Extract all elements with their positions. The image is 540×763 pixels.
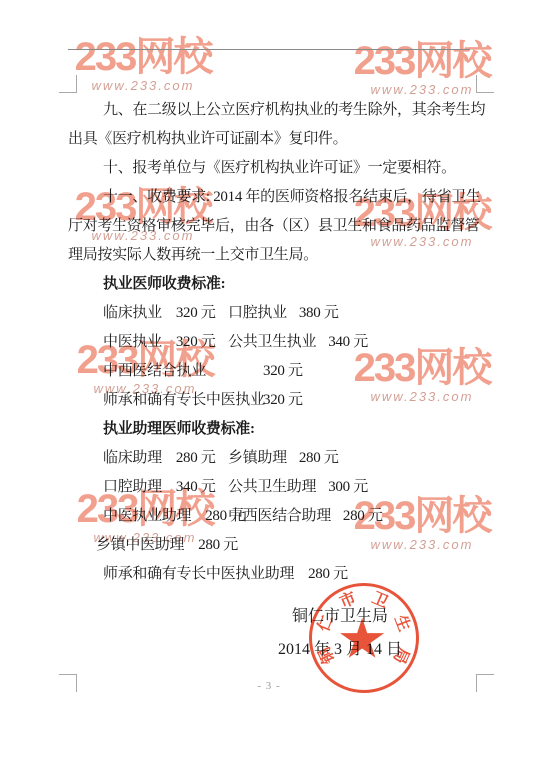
- fee-value: 320 元: [263, 357, 303, 386]
- fee-label: 口腔执业: [228, 305, 287, 321]
- fee-value: 340 元: [328, 334, 368, 350]
- fee-label: 临床助理: [103, 450, 162, 466]
- section-heading-assistant-fees: 执业助理医师收费标准:: [68, 415, 488, 444]
- fee-label: 中医执业助理: [103, 508, 191, 524]
- paragraph-line: 十、报考单位与《医疗机构执业许可证》一定要相符。: [68, 154, 488, 183]
- fee-label: 中西医结合执业: [103, 363, 206, 379]
- watermark: 233网校 www.233.com: [53, 36, 233, 93]
- fee-row: 口腔助理340 元 公共卫生助理300 元: [68, 473, 488, 502]
- fee-label: 公共卫生助理: [228, 479, 316, 495]
- fee-row: 中医执业助理280 元 中西医结合助理280 元: [68, 502, 488, 531]
- fee-row: 乡镇中医助理280 元: [68, 531, 488, 560]
- fee-value: 320 元: [176, 305, 216, 321]
- paragraph-line: 理局按实际人数再统一上交市卫生局。: [68, 241, 488, 270]
- document-body: 九、在二级以上公立医疗机构执业的考生除外，其余考生均 出具《医疗机构执业许可证副…: [68, 96, 488, 589]
- signature-date: 2014 年 3 月 14 日: [245, 635, 435, 665]
- fee-row: 师承和确有专长中医执业320 元: [68, 386, 488, 415]
- paragraph-line: 十一、收费要求: 2014 年的医师资格报名结束后，待省卫生: [68, 183, 488, 212]
- signature-block: 铜仁市卫生局 2014 年 3 月 14 日: [245, 602, 435, 665]
- fee-value: 280 元: [299, 450, 339, 466]
- page-number: - 3 -: [68, 680, 470, 692]
- crop-mark-top-right: [476, 75, 494, 93]
- fee-label: 中医执业: [103, 334, 162, 350]
- fee-row: 中西医结合执业320 元: [68, 357, 488, 386]
- fee-value: 280 元: [176, 450, 216, 466]
- fee-value: 380 元: [299, 305, 339, 321]
- paragraph-line: 九、在二级以上公立医疗机构执业的考生除外，其余考生均: [68, 96, 488, 125]
- watermark-logo: 233网校: [53, 36, 233, 78]
- fee-row: 师承和确有专长中医执业助理280 元: [68, 560, 488, 589]
- crop-mark-bottom-right: [476, 674, 494, 692]
- fee-value: 280 元: [343, 508, 383, 524]
- fee-value: 320 元: [263, 386, 303, 415]
- paragraph-line: 厅对考生资格审核完毕后，由各（区）县卫生和食品药品监督管: [68, 212, 488, 241]
- header-rule: [68, 49, 470, 50]
- fee-row: 临床执业320 元 口腔执业380 元: [68, 299, 488, 328]
- fee-label: 师承和确有专长中医执业: [103, 392, 265, 408]
- crop-mark-top-left: [59, 75, 77, 93]
- signature-organization: 铜仁市卫生局: [245, 602, 435, 632]
- fee-row: 中医执业320 元 公共卫生执业340 元: [68, 328, 488, 357]
- fee-value: 320 元: [176, 334, 216, 350]
- document-page: 233网校 www.233.com 233网校 www.233.com 233网…: [0, 0, 540, 763]
- fee-label: 师承和确有专长中医执业助理: [103, 566, 294, 582]
- fee-value: 300 元: [328, 479, 368, 495]
- paragraph-line: 出具《医疗机构执业许可证副本》复印件。: [68, 125, 488, 154]
- fee-value: 280 元: [308, 566, 348, 582]
- fee-label: 临床执业: [103, 305, 162, 321]
- fee-value: 340 元: [176, 479, 216, 495]
- fee-value: 280 元: [198, 537, 238, 553]
- fee-label: 公共卫生执业: [228, 334, 316, 350]
- fee-row: 临床助理280 元 乡镇助理280 元: [68, 444, 488, 473]
- section-heading-practicing-fees: 执业医师收费标准:: [68, 270, 488, 299]
- fee-label: 乡镇助理: [228, 450, 287, 466]
- watermark-url: www.233.com: [53, 78, 233, 93]
- fee-label: 乡镇中医助理: [96, 537, 184, 553]
- fee-label: 口腔助理: [103, 479, 162, 495]
- fee-label: 中西医结合助理: [228, 508, 331, 524]
